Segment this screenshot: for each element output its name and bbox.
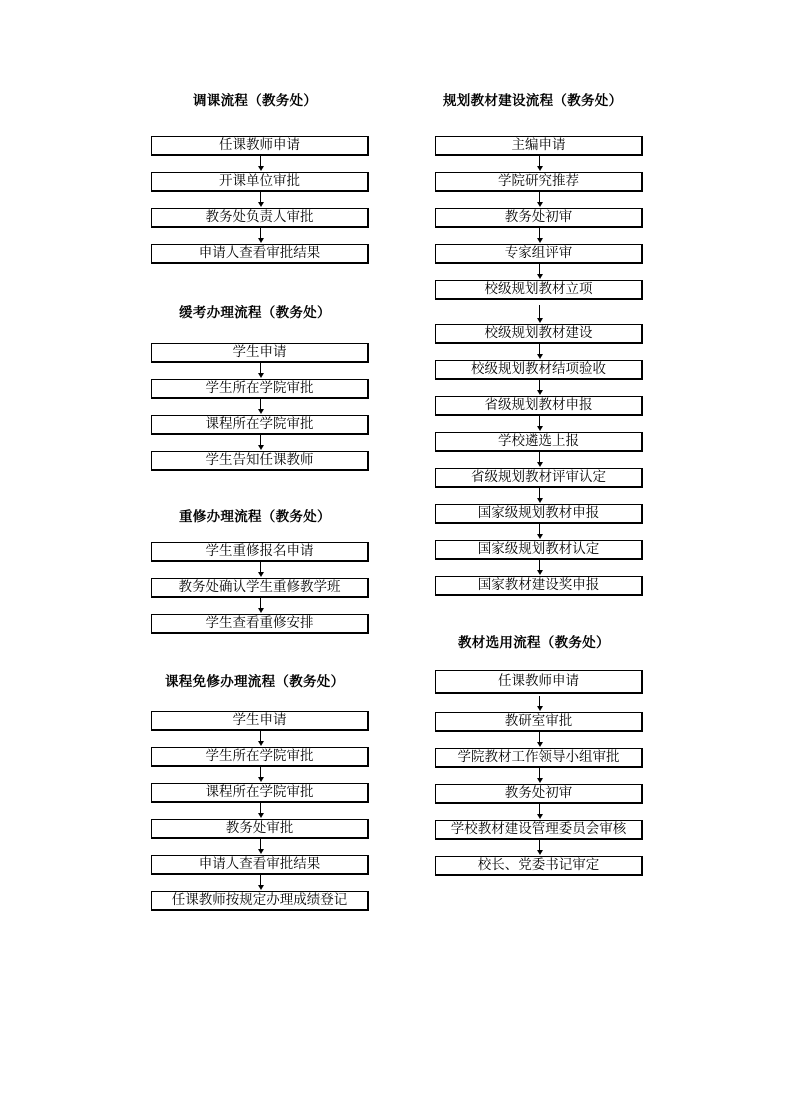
down-arrow-icon: [435, 156, 643, 172]
down-arrow-icon: [435, 452, 643, 468]
flow-step: 校级规划教材建设: [435, 324, 643, 344]
flow-step: 课程所在学院审批: [151, 415, 369, 435]
down-arrow-icon: [151, 399, 369, 415]
down-arrow-icon: [151, 875, 369, 891]
flow-step: 学生重修报名申请: [151, 542, 369, 562]
flow-textbook-selection: 任课教师申请 教研室审批 学院教材工作领导小组审批 教务处初审 学校教材建设管理…: [435, 670, 643, 876]
flow-step: 教务处审批: [151, 819, 369, 839]
flow-step: 学生查看重修安排: [151, 614, 369, 634]
flow-step: 教务处确认学生重修教学班: [151, 578, 369, 598]
flow-title-textbook-development: 规划教材建设流程（教务处）: [443, 92, 622, 110]
flow-step: 学生所在学院审批: [151, 747, 369, 767]
down-arrow-icon: [435, 732, 643, 748]
down-arrow-icon: [435, 192, 643, 208]
flow-exam-deferral: 学生申请 学生所在学院审批 课程所在学院审批 学生告知任课教师: [151, 343, 369, 471]
flow-title-retake: 重修办理流程（教务处）: [179, 508, 331, 526]
flow-step: 校长、党委书记审定: [435, 856, 643, 876]
flow-step: 省级规划教材申报: [435, 396, 643, 416]
flow-step: 任课教师按规定办理成绩登记: [151, 891, 369, 911]
flow-step: 国家级规划教材申报: [435, 504, 643, 524]
down-arrow-icon: [435, 380, 643, 396]
flow-retake: 学生重修报名申请 教务处确认学生重修教学班 学生查看重修安排: [151, 542, 369, 634]
down-arrow-icon: [435, 264, 643, 280]
flow-step: 教务处初审: [435, 208, 643, 228]
flow-title-textbook-selection: 教材选用流程（教务处）: [458, 634, 610, 652]
flow-step: 学生所在学院审批: [151, 379, 369, 399]
flow-step: 学校遴选上报: [435, 432, 643, 452]
down-arrow-icon: [435, 694, 643, 712]
flow-title-course-exemption: 课程免修办理流程（教务处）: [165, 673, 344, 691]
flow-step: 学院研究推荐: [435, 172, 643, 192]
flow-step: 省级规划教材评审认定: [435, 468, 643, 488]
flow-step: 任课教师申请: [435, 670, 643, 694]
flow-step: 申请人查看审批结果: [151, 855, 369, 875]
flow-step: 教务处初审: [435, 784, 643, 804]
flow-step: 学院教材工作领导小组审批: [435, 748, 643, 768]
flow-step: 专家组评审: [435, 244, 643, 264]
flow-step: 任课教师申请: [151, 136, 369, 156]
flow-course-exemption: 学生申请 学生所在学院审批 课程所在学院审批 教务处审批 申请人查看审批结果 任…: [151, 711, 369, 911]
down-arrow-icon: [435, 344, 643, 360]
down-arrow-icon: [151, 839, 369, 855]
flow-step: 主编申请: [435, 136, 643, 156]
flow-step: 教务处负责人审批: [151, 208, 369, 228]
down-arrow-icon: [435, 804, 643, 820]
down-arrow-icon: [151, 731, 369, 747]
down-arrow-icon: [435, 416, 643, 432]
down-arrow-icon: [151, 562, 369, 578]
flow-step: 国家教材建设奖申报: [435, 576, 643, 596]
flow-step: 开课单位审批: [151, 172, 369, 192]
down-arrow-icon: [435, 488, 643, 504]
down-arrow-icon: [151, 363, 369, 379]
down-arrow-icon: [151, 803, 369, 819]
flow-step: 教研室审批: [435, 712, 643, 732]
down-arrow-icon: [151, 228, 369, 244]
down-arrow-icon: [151, 156, 369, 172]
down-arrow-icon: [151, 192, 369, 208]
flow-course-adjustment: 任课教师申请 开课单位审批 教务处负责人审批 申请人查看审批结果: [151, 136, 369, 264]
down-arrow-icon: [435, 524, 643, 540]
flow-step: 学生告知任课教师: [151, 451, 369, 471]
flow-title-course-adjustment: 调课流程（教务处）: [193, 92, 317, 110]
flow-step: 学生申请: [151, 711, 369, 731]
down-arrow-icon: [435, 840, 643, 856]
down-arrow-icon: [151, 767, 369, 783]
down-arrow-icon: [151, 435, 369, 451]
flow-step: 学校教材建设管理委员会审核: [435, 820, 643, 840]
flow-step: 课程所在学院审批: [151, 783, 369, 803]
down-arrow-icon: [435, 228, 643, 244]
down-arrow-icon: [151, 598, 369, 614]
down-arrow-icon: [435, 768, 643, 784]
flow-title-exam-deferral: 缓考办理流程（教务处）: [179, 304, 331, 322]
flow-step: 国家级规划教材认定: [435, 540, 643, 560]
flow-step: 申请人查看审批结果: [151, 244, 369, 264]
down-arrow-icon: [435, 300, 643, 324]
flow-textbook-development: 主编申请 学院研究推荐 教务处初审 专家组评审 校级规划教材立项 校级规划教材建…: [435, 136, 643, 596]
flow-step: 校级规划教材结项验收: [435, 360, 643, 380]
down-arrow-icon: [435, 560, 643, 576]
flow-step: 校级规划教材立项: [435, 280, 643, 300]
flow-step: 学生申请: [151, 343, 369, 363]
